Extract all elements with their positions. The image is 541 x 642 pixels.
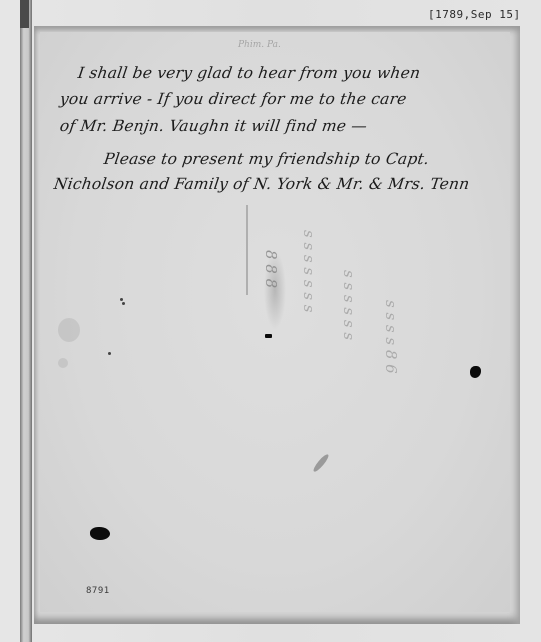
bleed-through-column: s s s s s s s [300, 230, 318, 313]
letter-line: you arrive - If you direct for me to the… [59, 90, 408, 108]
letter-line: Nicholson and Family of N. York & Mr. & … [53, 175, 471, 193]
binding-tab [20, 0, 29, 28]
letter-line: Please to present my friendship to Capt. [103, 150, 431, 168]
bleed-through-column: 8 8 8 [262, 250, 280, 288]
folio-number: 8791 [86, 586, 110, 596]
bleed-through-stroke [246, 205, 248, 295]
archive-date-reference: [1789,Sep 15] [428, 8, 521, 21]
letter-line: I shall be very glad to hear from you wh… [77, 64, 422, 82]
binding-strip [20, 0, 32, 642]
paper-stain [58, 358, 68, 368]
bleed-through-column: s s s s s s [340, 270, 358, 340]
ink-speck [120, 298, 123, 301]
ink-blot [265, 334, 272, 338]
faint-header-note: Phim. Pa. [238, 40, 281, 50]
ink-blot [90, 527, 110, 540]
paper-stain [58, 318, 80, 342]
letter-line: of Mr. Benjn. Vaughn it will find me — [59, 117, 369, 135]
ink-speck [122, 302, 125, 305]
bleed-through-column: s s s s 8 6 [382, 300, 400, 374]
ink-speck [108, 352, 111, 355]
